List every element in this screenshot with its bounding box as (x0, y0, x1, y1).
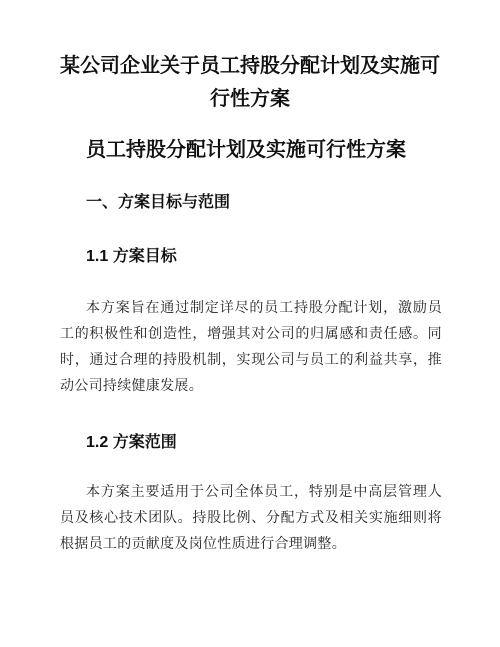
paragraph-plan-goal: 本方案旨在通过制定详尽的员工持股分配计划，激励员工的积极性和创造性，增强其对公司… (60, 296, 442, 400)
section-heading-goals-and-scope: 一、方案目标与范围 (86, 191, 230, 215)
subsection-heading-1-2-scope: 1.2 方案范围 (86, 431, 177, 455)
document-subtitle: 员工持股分配计划及实施可行性方案 (86, 135, 466, 165)
subsection-heading-1-1-goal: 1.1 方案目标 (86, 245, 177, 269)
document-page: 某公司企业关于员工持股分配计划及实施可行性方案 员工持股分配计划及实施可行性方案… (0, 0, 500, 647)
paragraph-plan-scope: 本方案主要适用于公司全体员工，特别是中高层管理人员及核心技术团队。持股比例、分配… (60, 480, 442, 558)
document-title: 某公司企业关于员工持股分配计划及实施可行性方案 (60, 50, 440, 116)
